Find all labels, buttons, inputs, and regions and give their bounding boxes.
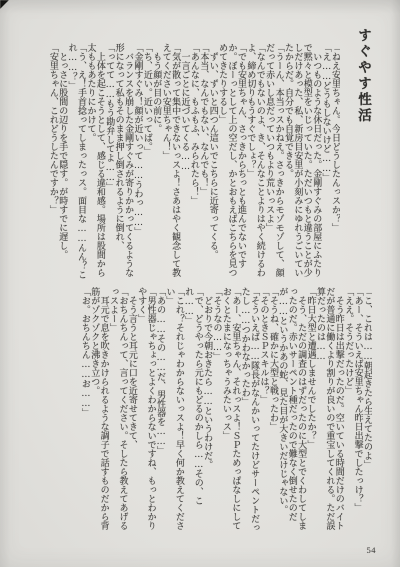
text-column-paragraph: バランスを崩した金剛すぐみが寄りかかってくるような形になって私もそのまま押し倒さ… [114, 43, 133, 280]
text-column-paragraph: 上体を起こそうとして、感じる違和感。場所は股間から太ももあたりにかけて。 [86, 43, 105, 280]
text-column-paragraph: 「あー、そういえば安里ちゃん昨日出撃でしたっけ？」 [353, 287, 362, 534]
scanned-page: すぐやす性活 「ねえ安里ちゃん。今日どうしたんっスか？」「え……どうもしないけど… [0, 0, 400, 567]
text-column-paragraph: どおりで今朝おきたら……というわけだ。 [203, 287, 212, 534]
text-column-paragraph: 「ええ。そうだったけど」 [344, 287, 353, 534]
text-column-paragraph: 「気が散って集中できないっスよ！さあはやく観念して教えてください安里ちゃん！」 [161, 43, 180, 280]
text-column-paragraph: 「え……どうもしないけど……」 [321, 43, 330, 280]
text-column-paragraph: 「これ？それじゃわからないっスよ！早く何か教えてください」 [165, 287, 184, 534]
scan-corner-artifact [0, 0, 9, 9]
text-column-paragraph: そう昨日は出撃だったのだ。空いている時間だけのバイトだが普通に働くより割りが良い… [316, 287, 344, 534]
text-column-paragraph: 「あー、安里ちゃん、それっスよ！ＳＰためっぱなしにしておくとたまになっちゃうみた… [222, 287, 241, 534]
text-column-paragraph: 「そうなの……」 [212, 287, 221, 534]
page-number: 54 [367, 545, 377, 555]
text-column-paragraph: いつものような休日だった。金剛すぐみの部屋にふたりで黙々と模型をいじっていた。た… [284, 43, 322, 280]
text-column-paragraph: 「昨日大型と遭遇しませんでしたか？」 [306, 287, 315, 534]
page-title: すぐやす性活 [353, 28, 373, 124]
text-column-paragraph: 「う、え！手首捻ってしまったっス。面目な……んん？これ……？」 [67, 43, 86, 280]
text-column-paragraph: 「おちんちんって、言ってください。そしたら教えてあげるっスよー」 [109, 287, 128, 534]
text-column-paragraph: そう言うと耳元に口を近寄せてきて、 [127, 287, 136, 534]
text-column-paragraph: ずい、ずいと四つん這いでこちらに近寄ってくる。 [208, 43, 217, 280]
text-column-paragraph: 「こ、これは……朝起きたら生えてたのよ」 [363, 287, 372, 534]
text-column-paragraph: もう顔が目の前に。 [152, 43, 161, 280]
text-column-paragraph: 「安里ちゃん、これどうしたんですか？」 [48, 43, 57, 280]
text-column-paragraph: 耳元で息を吹きかけられるような調子で話すものだから背筋がゾクゾクと沸き立つ。 [90, 287, 109, 534]
text-column-paragraph: 「あの……その……だ、男性器を……」 [156, 287, 165, 534]
text-column-paragraph: 「ってて……もう勘弁してよ……」 [105, 43, 114, 280]
text-column-paragraph: そう、ただの調査のはずだったのに大型とでくわしてしまったのだ。赤いサーペント種だ… [278, 287, 306, 534]
text-block-bottom: 「こ、これは……朝起きたら生えてたのよ」「あー、そういえば安里ちゃん昨日出撃でし… [28, 287, 372, 534]
text-column-paragraph: 「で、どうやったら元にもどるのかしら……その、これ……」 [184, 287, 203, 534]
text-column-paragraph: 「本当、なんでもない、なんでも！」 [199, 43, 208, 280]
text-column-paragraph: 「そのときＳＰスキルは？」 [259, 287, 268, 534]
text-column-paragraph: 一言ごとに近づいてくる…… [180, 43, 189, 280]
text-column-paragraph: 「そういえば……隊長がなんかいってたけどサーペントだったし……つかわなかったわ」 [240, 287, 259, 534]
text-column-paragraph: 「金剛すぐみ！顔が近いって……うわっ……」 [133, 43, 142, 280]
text-block-top: 「ねえ安里ちゃん。今日どうしたんっスか？」「え……どうもしないけど……」 いつも… [28, 43, 340, 280]
text-column-paragraph: 「なんでもないのよ、き、そんなことよりはやく続けるわよ、締め切りもうすぐでしょ？… [246, 43, 265, 280]
text-column-paragraph: とっさに股間の辺りを手で隠す。が時すでに遅し。 [58, 43, 67, 280]
text-column-paragraph: 「うーん、本当っスかねえ。さっきからモゾモゾして、顔だって赤いし息だっていつもよ… [265, 43, 284, 280]
text-column-paragraph: 「ち、近い。近いってば。」 [142, 43, 151, 280]
text-column-paragraph: 「ねえ安里ちゃん。今日どうしたんっスか？」 [331, 43, 340, 280]
text-column-paragraph: 「お。おちんちん……お……」 [80, 287, 89, 534]
text-column-paragraph: 「でも安里ちゃん、さっきからちっとも進んでないですか。ぼーっとして上の空だし、か… [218, 43, 246, 280]
text-column-paragraph: 「男性器じゃちょっとよくわからないですね、もっとわかりやすく」 [137, 287, 156, 534]
